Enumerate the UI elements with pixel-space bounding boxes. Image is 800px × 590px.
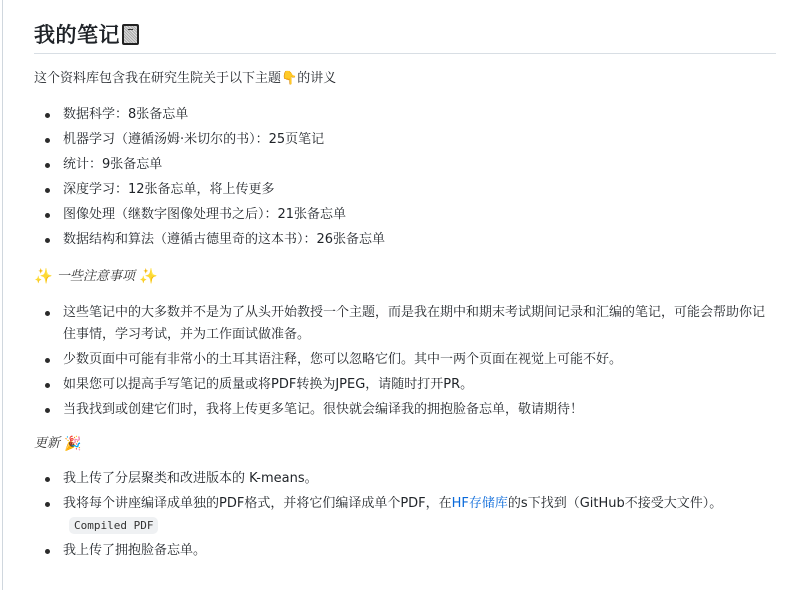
list-item: 数据结构和算法（遵循古德里奇的这本书）：26张备忘单 — [34, 229, 776, 251]
hf-repository-link[interactable]: HF存储库 — [452, 496, 508, 511]
bullet-icon — [45, 383, 50, 388]
updates-heading-text: 更新 — [34, 436, 60, 451]
update-text: 我上传了分层聚类和改进版本的 K-means。 — [63, 471, 318, 486]
note-text: 少数页面中可能有非常小的土耳其语注释，您可以忽略它们。其中一两个页面在视觉上可能… — [63, 352, 622, 367]
topic-label: 深度学习：12张备忘单，将上传更多 — [63, 182, 275, 197]
topic-label: 数据结构和算法（遵循古德里奇的这本书）：26张备忘单 — [63, 232, 385, 247]
notes-list: 这些笔记中的大多数并不是为了从头开始教授一个主题，而是我在期中和期末考试期间记录… — [34, 302, 770, 424]
topic-label: 机器学习（遵循汤姆·米切尔的书）：25页笔记 — [63, 132, 324, 147]
compiled-pdf-code: Compiled PDF — [69, 517, 158, 534]
bullet-icon — [45, 477, 50, 482]
bullet-icon — [45, 358, 50, 363]
notebook-icon — [122, 24, 139, 45]
update-text: 我上传了拥抱脸备忘单。 — [63, 543, 206, 558]
bullet-icon — [45, 113, 50, 118]
party-popper-icon: 🎉 — [64, 433, 81, 455]
intro-text-after: 的讲义 — [297, 71, 336, 86]
list-item: 这些笔记中的大多数并不是为了从头开始教授一个主题，而是我在期中和期末考试期间记录… — [34, 302, 770, 346]
list-item: 深度学习：12张备忘单，将上传更多 — [34, 179, 776, 201]
bullet-icon — [45, 502, 50, 507]
list-item: 少数页面中可能有非常小的土耳其语注释，您可以忽略它们。其中一两个页面在视觉上可能… — [34, 349, 770, 371]
notes-heading: ✨ 一些注意事项 ✨ — [34, 265, 158, 288]
bullet-icon — [45, 188, 50, 193]
updates-heading: 更新 🎉 — [34, 433, 82, 455]
list-item: 机器学习（遵循汤姆·米切尔的书）：25页笔记 — [34, 129, 776, 151]
list-item: 我上传了分层聚类和改进版本的 K-means。 — [34, 468, 770, 490]
topic-label: 统计：9张备忘单 — [63, 157, 162, 172]
list-item: 数据科学：8张备忘单 — [34, 104, 776, 126]
list-item: 如果您可以提高手写笔记的质量或将PDF转换为JPEG，请随时打开PR。 — [34, 374, 770, 396]
update-text-after: 的s下找到（GitHub不接受大文件）。 — [508, 496, 722, 511]
list-item: 图像处理（继数字图像处理书之后）：21张备忘单 — [34, 204, 776, 226]
bullet-icon — [45, 163, 50, 168]
list-item: 统计：9张备忘单 — [34, 154, 776, 176]
updates-list: 我上传了分层聚类和改进版本的 K-means。 我将每个讲座编译成单独的PDF格… — [34, 468, 770, 565]
pointing-down-icon: 👇 — [281, 68, 297, 90]
list-item: 我上传了拥抱脸备忘单。 — [34, 540, 770, 562]
bullet-icon — [45, 549, 50, 554]
bullet-icon — [45, 408, 50, 413]
bullet-icon — [45, 238, 50, 243]
list-item: 我将每个讲座编译成单独的PDF格式，并将它们编译成单个PDF，在HF存储库的s下… — [34, 493, 770, 537]
topics-list: 数据科学：8张备忘单 机器学习（遵循汤姆·米切尔的书）：25页笔记 统计：9张备… — [34, 104, 776, 254]
intro-text-before: 这个资料库包含我在研究生院关于以下主题 — [34, 71, 281, 86]
note-text: 当我找到或创建它们时，我将上传更多笔记。很快就会编译我的拥抱脸备忘单，敬请期待！ — [63, 402, 583, 417]
readme-frame: 我的笔记 这个资料库包含我在研究生院关于以下主题👇的讲义 数据科学：8张备忘单 … — [2, 0, 800, 590]
note-text: 这些笔记中的大多数并不是为了从头开始教授一个主题，而是我在期中和期末考试期间记录… — [63, 305, 765, 342]
page-title-text: 我的笔记 — [34, 23, 120, 47]
intro-paragraph: 这个资料库包含我在研究生院关于以下主题👇的讲义 — [34, 68, 336, 90]
bullet-icon — [45, 213, 50, 218]
page-title: 我的笔记 — [34, 20, 776, 54]
bullet-icon — [45, 138, 50, 143]
note-text: 如果您可以提高手写笔记的质量或将PDF转换为JPEG，请随时打开PR。 — [63, 377, 473, 392]
topic-label: 数据科学：8张备忘单 — [63, 107, 188, 122]
sparkles-icon: ✨ — [139, 265, 158, 287]
sparkles-icon: ✨ — [34, 265, 53, 287]
update-text-before: 我将每个讲座编译成单独的PDF格式，并将它们编译成单个PDF，在 — [63, 496, 452, 511]
notes-heading-text: 一些注意事项 — [57, 269, 135, 284]
bullet-icon — [45, 311, 50, 316]
topic-label: 图像处理（继数字图像处理书之后）：21张备忘单 — [63, 207, 346, 222]
list-item: 当我找到或创建它们时，我将上传更多笔记。很快就会编译我的拥抱脸备忘单，敬请期待！ — [34, 399, 770, 421]
